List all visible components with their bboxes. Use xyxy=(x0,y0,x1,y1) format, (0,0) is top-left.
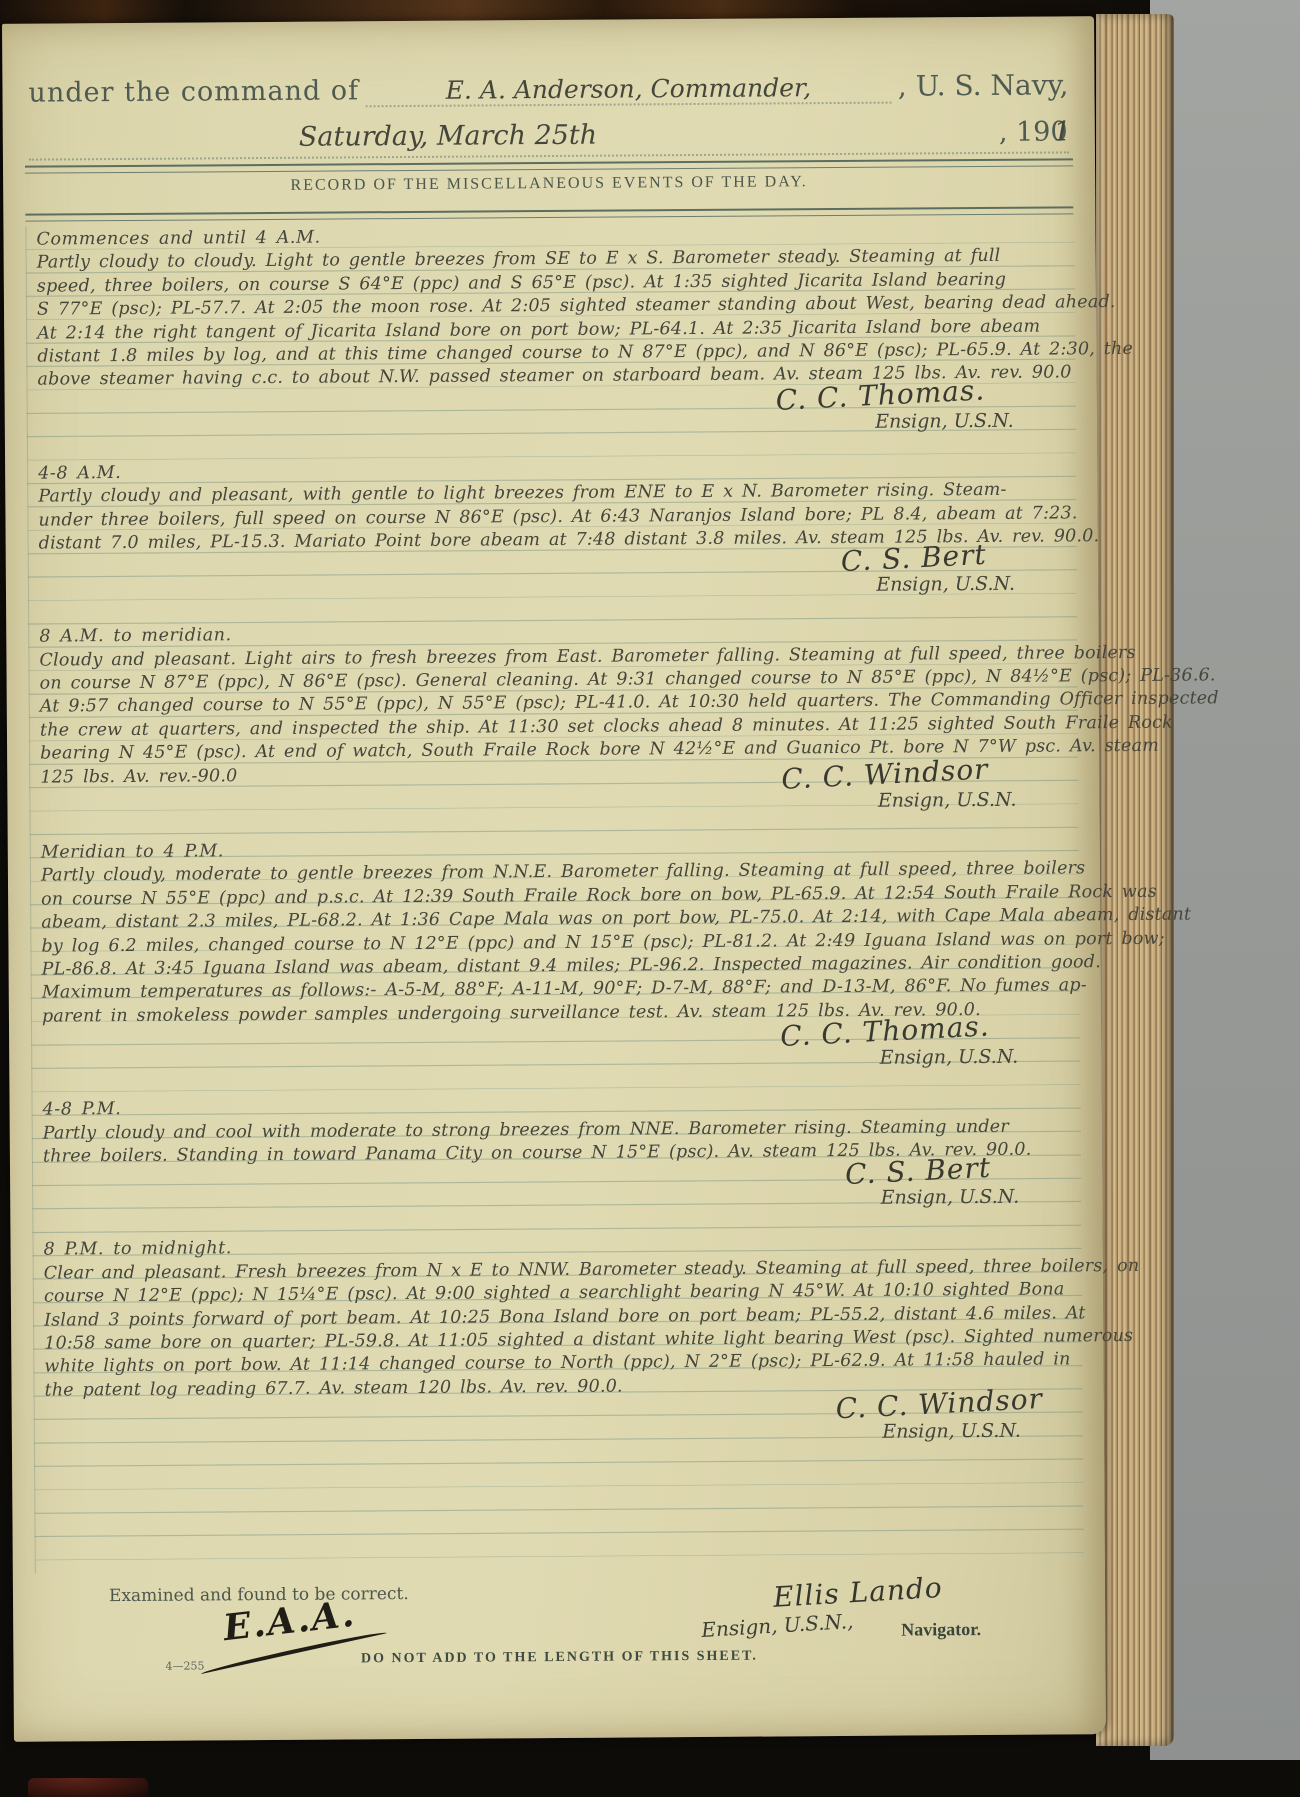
page-title: RECORD OF THE MISCELLANEOUS EVENTS OF TH… xyxy=(3,171,1095,197)
double-rule-top xyxy=(25,158,1073,173)
log-sections: Commences and until 4 A.M.Partly cloudy … xyxy=(25,219,1083,1573)
signature-rank: Ensign, U.S.N. xyxy=(875,407,1076,434)
navigator-rank: Ensign, U.S.N., xyxy=(701,1609,854,1642)
signature-rank: Ensign, U.S.N. xyxy=(880,1043,1081,1070)
printed-command-prefix: under the command of xyxy=(28,75,359,108)
log-section: 8 P.M. to midnight.Clear and pleasant. F… xyxy=(34,1232,1083,1457)
scanned-log-page: { "page": { "header": { "printed_prefix"… xyxy=(0,0,1300,1797)
log-section: 4-8 P.M.Partly cloudy and cool with mode… xyxy=(33,1091,1082,1222)
double-rule-bottom xyxy=(25,206,1073,221)
log-page: under the command of E. A. Anderson, Com… xyxy=(2,16,1106,1742)
navigator-title-printed: Navigator. xyxy=(901,1619,981,1641)
printed-navy-suffix: , U. S. Navy, xyxy=(898,68,1069,102)
book-page-edges xyxy=(1096,14,1174,1746)
date-line: Saturday, March 25th , 190 1 xyxy=(29,116,1069,160)
commander-name-handwritten: E. A. Anderson, Commander, xyxy=(365,73,892,108)
log-section: Meridian to 4 P.M.Partly cloudy, moderat… xyxy=(31,834,1081,1082)
log-section: Commences and until 4 A.M.Partly cloudy … xyxy=(26,221,1075,446)
log-section: 4-8 A.M.Partly cloudy and pleasant, with… xyxy=(28,455,1077,610)
do-not-add-notice: DO NOT ADD TO THE LENGTH OF THIS SHEET. xyxy=(13,1646,1105,1670)
log-section: 8 A.M. to meridian.Cloudy and pleasant. … xyxy=(29,619,1078,826)
signature-rank: Ensign, U.S.N. xyxy=(878,786,1079,813)
command-line: under the command of E. A. Anderson, Com… xyxy=(28,68,1068,109)
navigator-signature: Ellis Lando xyxy=(772,1571,943,1614)
date-handwritten: Saturday, March 25th xyxy=(299,120,598,153)
book-spine-corner xyxy=(28,1778,148,1797)
year-handwritten: 1 xyxy=(1054,116,1069,147)
